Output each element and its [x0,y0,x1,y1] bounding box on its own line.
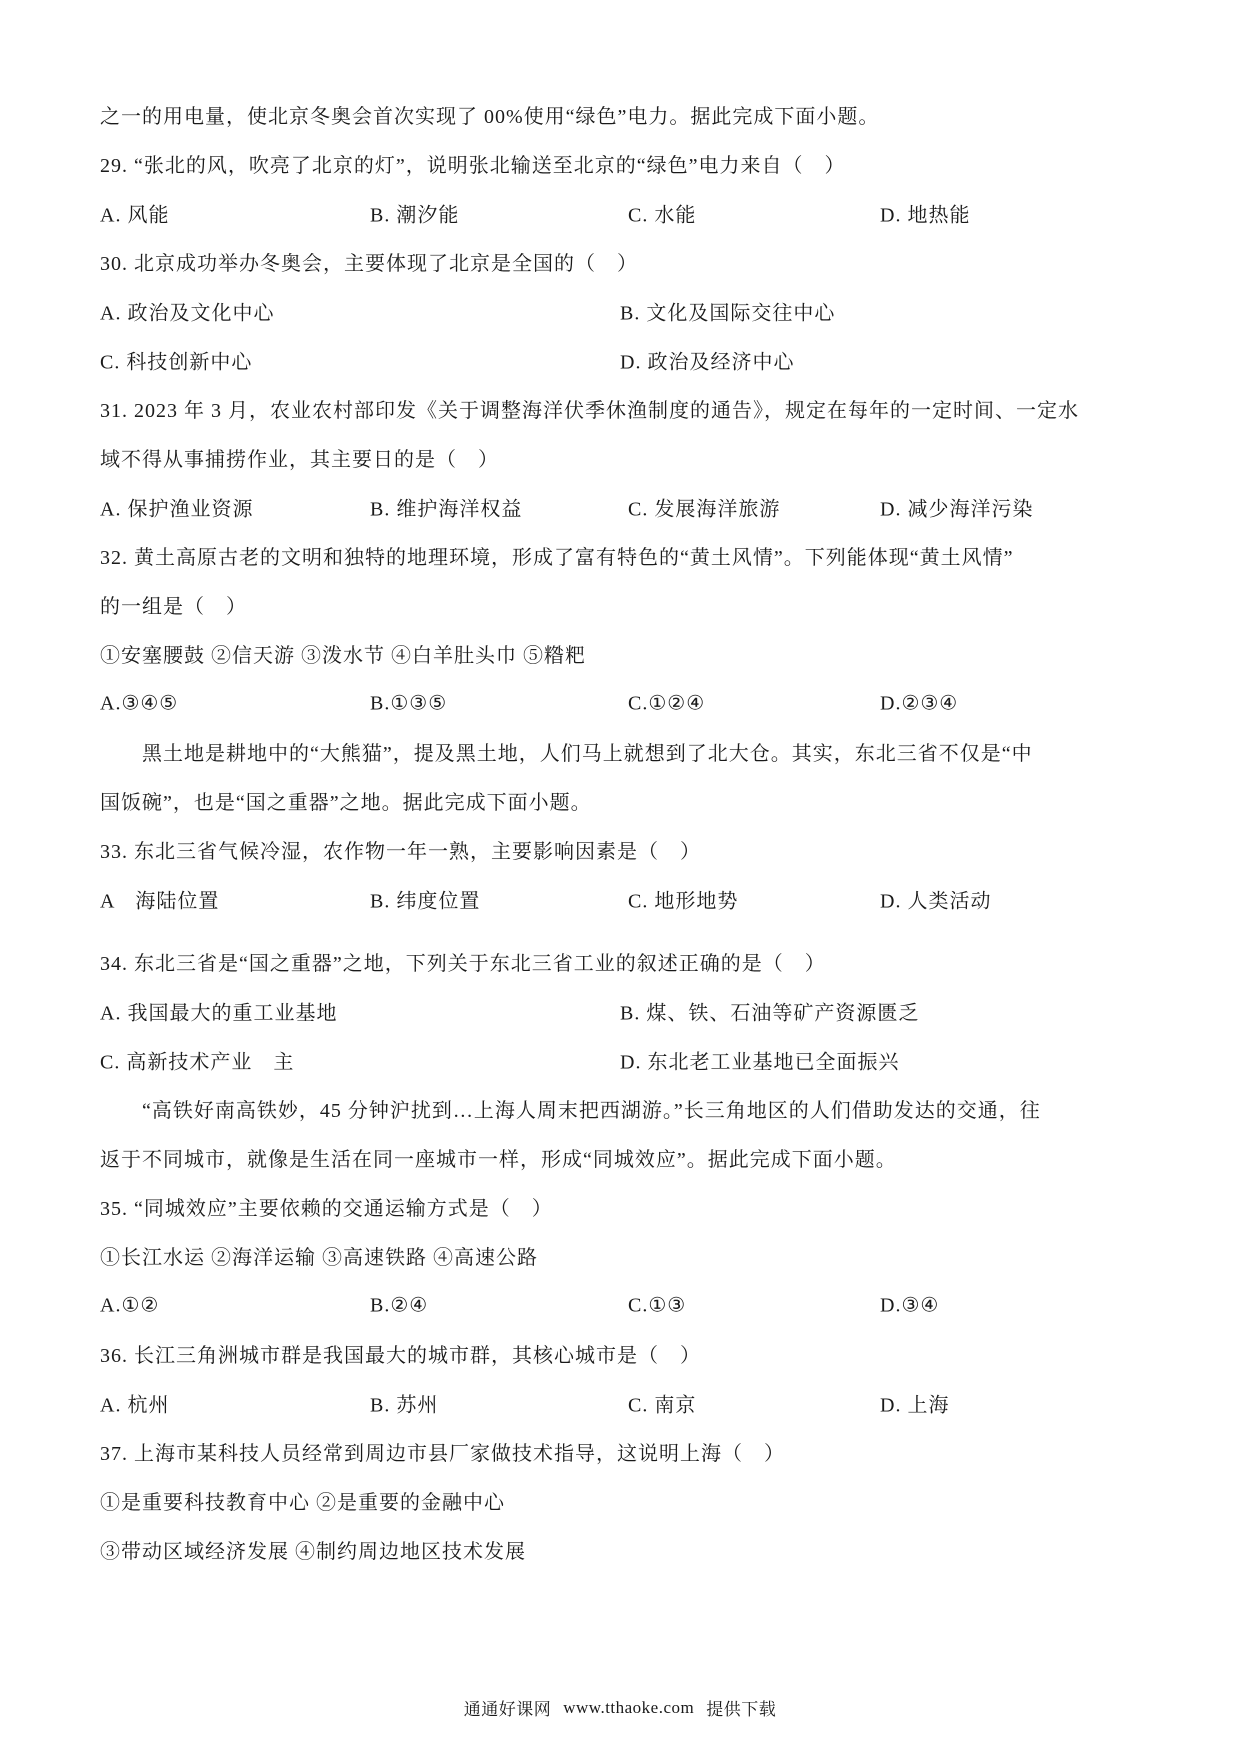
question-36-stem: 36. 长江三角洲城市群是我国最大的城市群，其核心城市是（ ） [100,1329,1144,1378]
option-b: B.①③⑤ [370,690,447,715]
question-35-stem: 35. “同城效应”主要依赖的交通运输方式是（ ） [100,1182,1144,1231]
question-33-stem: 33. 东北三省气候冷湿，农作物一年一熟，主要影响因素是（ ） [100,825,1144,874]
question-35-numbered-items: ①长江水运 ②海洋运输 ③高速铁路 ④高速公路 [100,1231,1144,1280]
option-c: C. 南京 [628,1388,696,1417]
passage-beijing-olympics-continuation: 之一的用电量，使北京冬奥会首次实现了 00%使用“绿色”电力。据此完成下面小题。 [100,90,1144,139]
question-31-stem-line1: 31. 2023 年 3 月，农业农村部印发《关于调整海洋伏季休渔制度的通告》，… [100,384,1144,433]
question-32-numbered-items: ①安塞腰鼓 ②信天游 ③泼水节 ④白羊肚头巾 ⑤糌粑 [100,629,1144,678]
question-29-options: A. 风能 B. 潮汐能 C. 水能 D. 地热能 [100,188,1144,237]
option-b: B. 文化及国际交往中心 [620,296,835,325]
option-b: B. 煤、铁、石油等矿产资源匮乏 [620,996,919,1025]
option-a: A. 我国最大的重工业基地 [100,996,337,1025]
question-31-options: A. 保护渔业资源 B. 维护海洋权益 C. 发展海洋旅游 D. 减少海洋污染 [100,482,1144,531]
option-a: A. 政治及文化中心 [100,296,274,325]
option-b: B. 纬度位置 [370,884,480,913]
question-29-stem: 29. “张北的风，吹亮了北京的灯”，说明张北输送至北京的“绿色”电力来自（ ） [100,139,1144,188]
question-32-stem-line1: 32. 黄土高原古老的文明和独特的地理环境，形成了富有特色的“黄土风情”。下列能… [100,531,1144,580]
option-d: D.②③④ [880,690,958,715]
exam-page: 之一的用电量，使北京冬奥会首次实现了 00%使用“绿色”电力。据此完成下面小题。… [0,0,1240,1754]
option-d: D. 东北老工业基地已全面振兴 [620,1045,899,1074]
question-37-items-line2: ③带动区域经济发展 ④制约周边地区技术发展 [100,1525,1144,1574]
option-c: C.①②④ [628,690,705,715]
option-b: B.②④ [370,1292,428,1317]
option-b: B. 苏州 [370,1388,438,1417]
passage-northeast-line2: 国饭碗”，也是“国之重器”之地。据此完成下面小题。 [100,776,1144,825]
question-34-options-ab: A. 我国最大的重工业基地 B. 煤、铁、石油等矿产资源匮乏 [100,986,1144,1035]
passage-yangtze-delta-line1: “高铁好南高铁妙，45 分钟沪扰到…上海人周末把西湖游。”长三角地区的人们借助发… [100,1084,1144,1133]
option-d: D. 上海 [880,1388,949,1417]
question-37-items-line1: ①是重要科技教育中心 ②是重要的金融中心 [100,1476,1144,1525]
footer-url: www.tthaoke.com [563,1698,694,1718]
question-33-options: A 海陆位置 B. 纬度位置 C. 地形地势 D. 人类活动 [100,874,1144,923]
option-d: D. 减少海洋污染 [880,492,1033,521]
option-a: A 海陆位置 [100,884,219,913]
footer-suffix: 提供下载 [706,1695,776,1720]
question-32-stem-line2: 的一组是（ ） [100,580,1144,629]
passage-northeast-line1: 黑土地是耕地中的“大熊猫”，提及黑土地，人们马上就想到了北大仓。其实，东北三省不… [100,727,1144,776]
question-30-options-ab: A. 政治及文化中心 B. 文化及国际交往中心 [100,286,1144,335]
question-34-options-cd: C. 高新技术产业 主 D. 东北老工业基地已全面振兴 [100,1035,1144,1084]
footer: 通通好课网 www.tthaoke.com 提供下载 [0,1695,1240,1720]
footer-site-name: 通通好课网 [464,1695,552,1720]
option-d: D. 政治及经济中心 [620,345,794,374]
question-36-options: A. 杭州 B. 苏州 C. 南京 D. 上海 [100,1378,1144,1427]
question-34-stem: 34. 东北三省是“国之重器”之地，下列关于东北三省工业的叙述正确的是（ ） [100,937,1144,986]
option-c: C. 水能 [628,198,696,227]
option-a: A. 风能 [100,198,169,227]
option-c: C.①③ [628,1292,686,1317]
question-37-stem: 37. 上海市某科技人员经常到周边市县厂家做技术指导，这说明上海（ ） [100,1427,1144,1476]
option-a: A. 保护渔业资源 [100,492,253,521]
option-c: C. 地形地势 [628,884,738,913]
option-d: D.③④ [880,1292,939,1317]
option-b: B. 维护海洋权益 [370,492,522,521]
exam-body: 之一的用电量，使北京冬奥会首次实现了 00%使用“绿色”电力。据此完成下面小题。… [100,90,1144,1574]
question-30-stem: 30. 北京成功举办冬奥会，主要体现了北京是全国的（ ） [100,237,1144,286]
option-a: A.③④⑤ [100,690,178,715]
option-c: C. 高新技术产业 主 [100,1045,294,1074]
question-30-options-cd: C. 科技创新中心 D. 政治及经济中心 [100,335,1144,384]
option-d: D. 地热能 [880,198,970,227]
question-32-options: A.③④⑤ B.①③⑤ C.①②④ D.②③④ [100,678,1144,727]
option-a: A. 杭州 [100,1388,169,1417]
option-a: A.①② [100,1292,159,1317]
option-b: B. 潮汐能 [370,198,459,227]
passage-yangtze-delta-line2: 返于不同城市，就像是生活在同一座城市一样，形成“同城效应”。据此完成下面小题。 [100,1133,1144,1182]
option-d: D. 人类活动 [880,884,991,913]
question-35-options: A.①② B.②④ C.①③ D.③④ [100,1280,1144,1329]
option-c: C. 科技创新中心 [100,345,252,374]
option-c: C. 发展海洋旅游 [628,492,780,521]
question-31-stem-line2: 域不得从事捕捞作业，其主要日的是（ ） [100,433,1144,482]
